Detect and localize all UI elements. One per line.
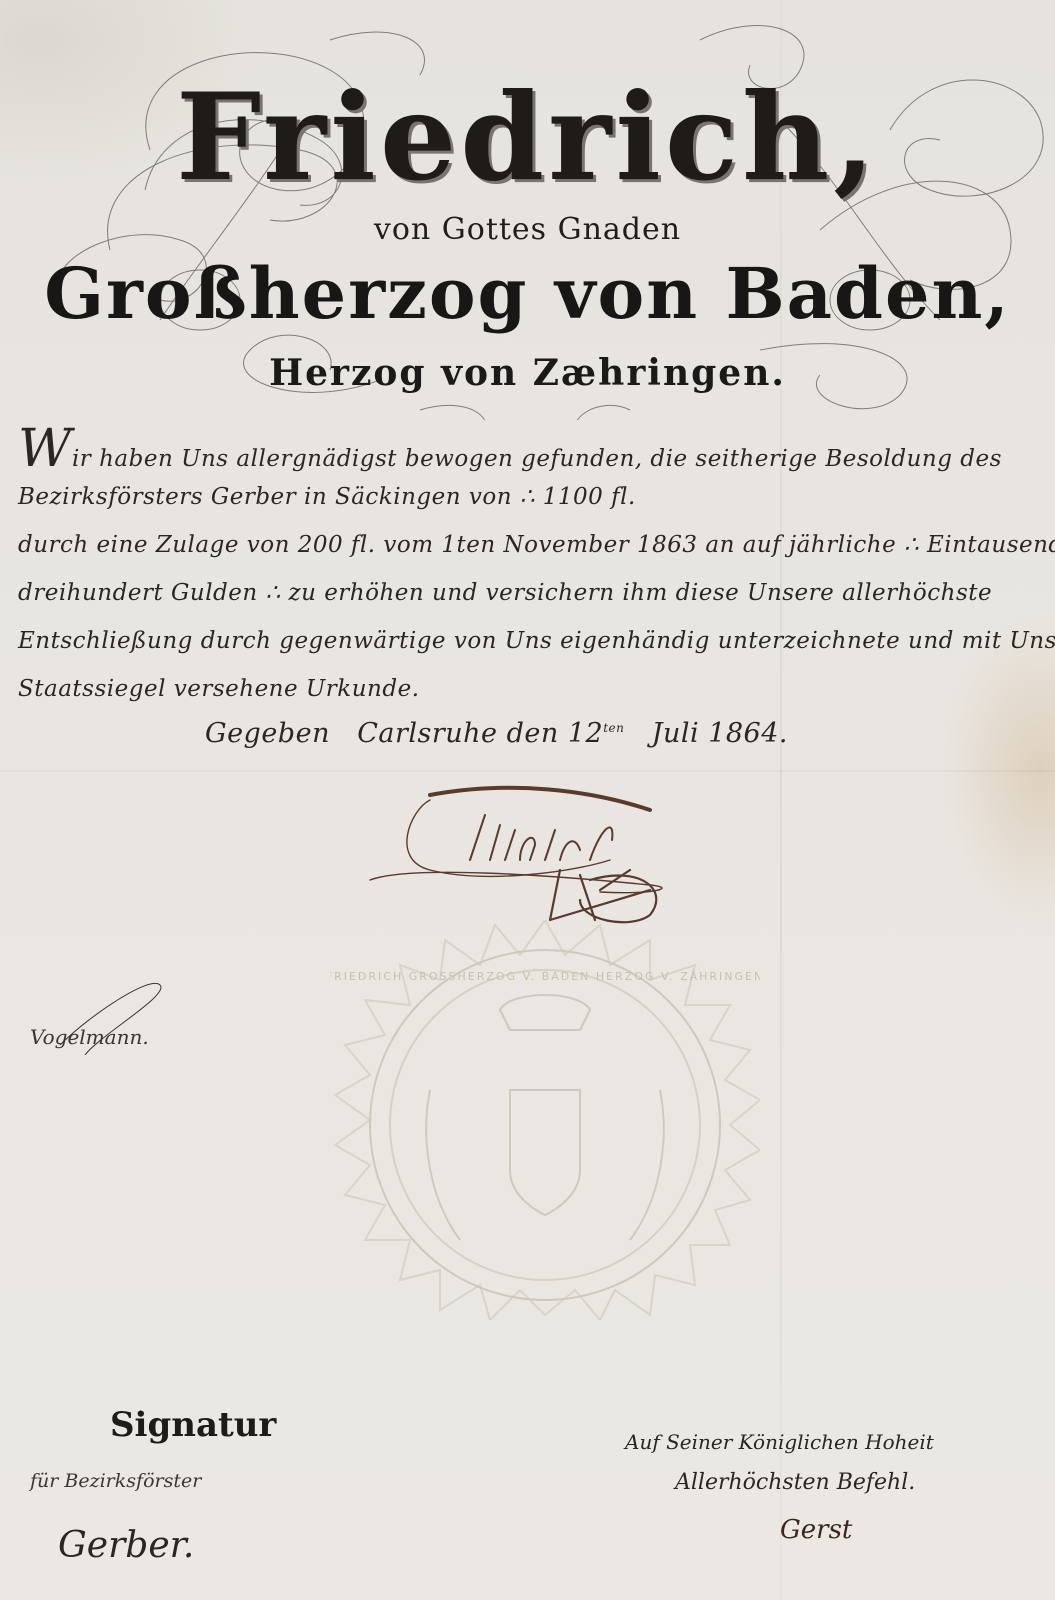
grand-duke-signature-icon — [350, 770, 750, 930]
signatur-heading: Signatur — [110, 1405, 276, 1445]
given-month-year: Juli 1864. — [652, 718, 788, 749]
title-grand-duke-of-baden: Großherzog von Baden, — [0, 255, 1055, 332]
body-line-6: Staatssiegel versehene Urkunde. — [18, 665, 1038, 713]
given-place: Carlsruhe den 12 — [357, 718, 603, 749]
ruler-name-heading: Friedrich, — [0, 78, 1055, 198]
signatur-for-label: für Bezirksförster — [30, 1470, 201, 1492]
given-place-date: Gegeben Carlsruhe den 12ten Juli 1864. — [205, 718, 788, 749]
decree-body: Wir haben Uns allergnädigst bewogen gefu… — [18, 425, 1038, 713]
document-sheet: Friedrich, von Gottes Gnaden Großherzog … — [0, 0, 1055, 1600]
secretary-signature: Gerst — [780, 1515, 852, 1545]
countersign-signature: Vogelmann. — [30, 1025, 149, 1049]
title-by-grace-of-god: von Gottes Gnaden — [0, 212, 1055, 247]
seal-inscription: FRIEDRICH GROSSHERZOG V. BADEN HERZOG V.… — [330, 970, 760, 983]
given-label: Gegeben — [205, 718, 330, 749]
royal-order-line-2: Allerhöchsten Befehl. — [675, 1470, 915, 1495]
body-line-3: durch eine Zulage von 200 fl. vom 1ten N… — [18, 521, 1038, 569]
body-line-4: dreihundert Gulden ∴ zu erhöhen und vers… — [18, 569, 1038, 617]
signatur-recipient-name: Gerber. — [58, 1525, 194, 1566]
body-line-2: Bezirksförsters Gerber in Säckingen von … — [18, 473, 1038, 521]
title-duke-of-zaehringen: Herzog von Zæhringen. — [0, 352, 1055, 394]
state-seal-icon: FRIEDRICH GROSSHERZOG V. BADEN HERZOG V.… — [330, 920, 760, 1320]
royal-order-line-1: Auf Seiner Königlichen Hoheit — [625, 1430, 934, 1454]
body-line-1: Wir haben Uns allergnädigst bewogen gefu… — [18, 425, 1038, 473]
body-line-5: Entschließung durch gegenwärtige von Uns… — [18, 617, 1038, 665]
given-day-suffix: ten — [603, 721, 624, 735]
